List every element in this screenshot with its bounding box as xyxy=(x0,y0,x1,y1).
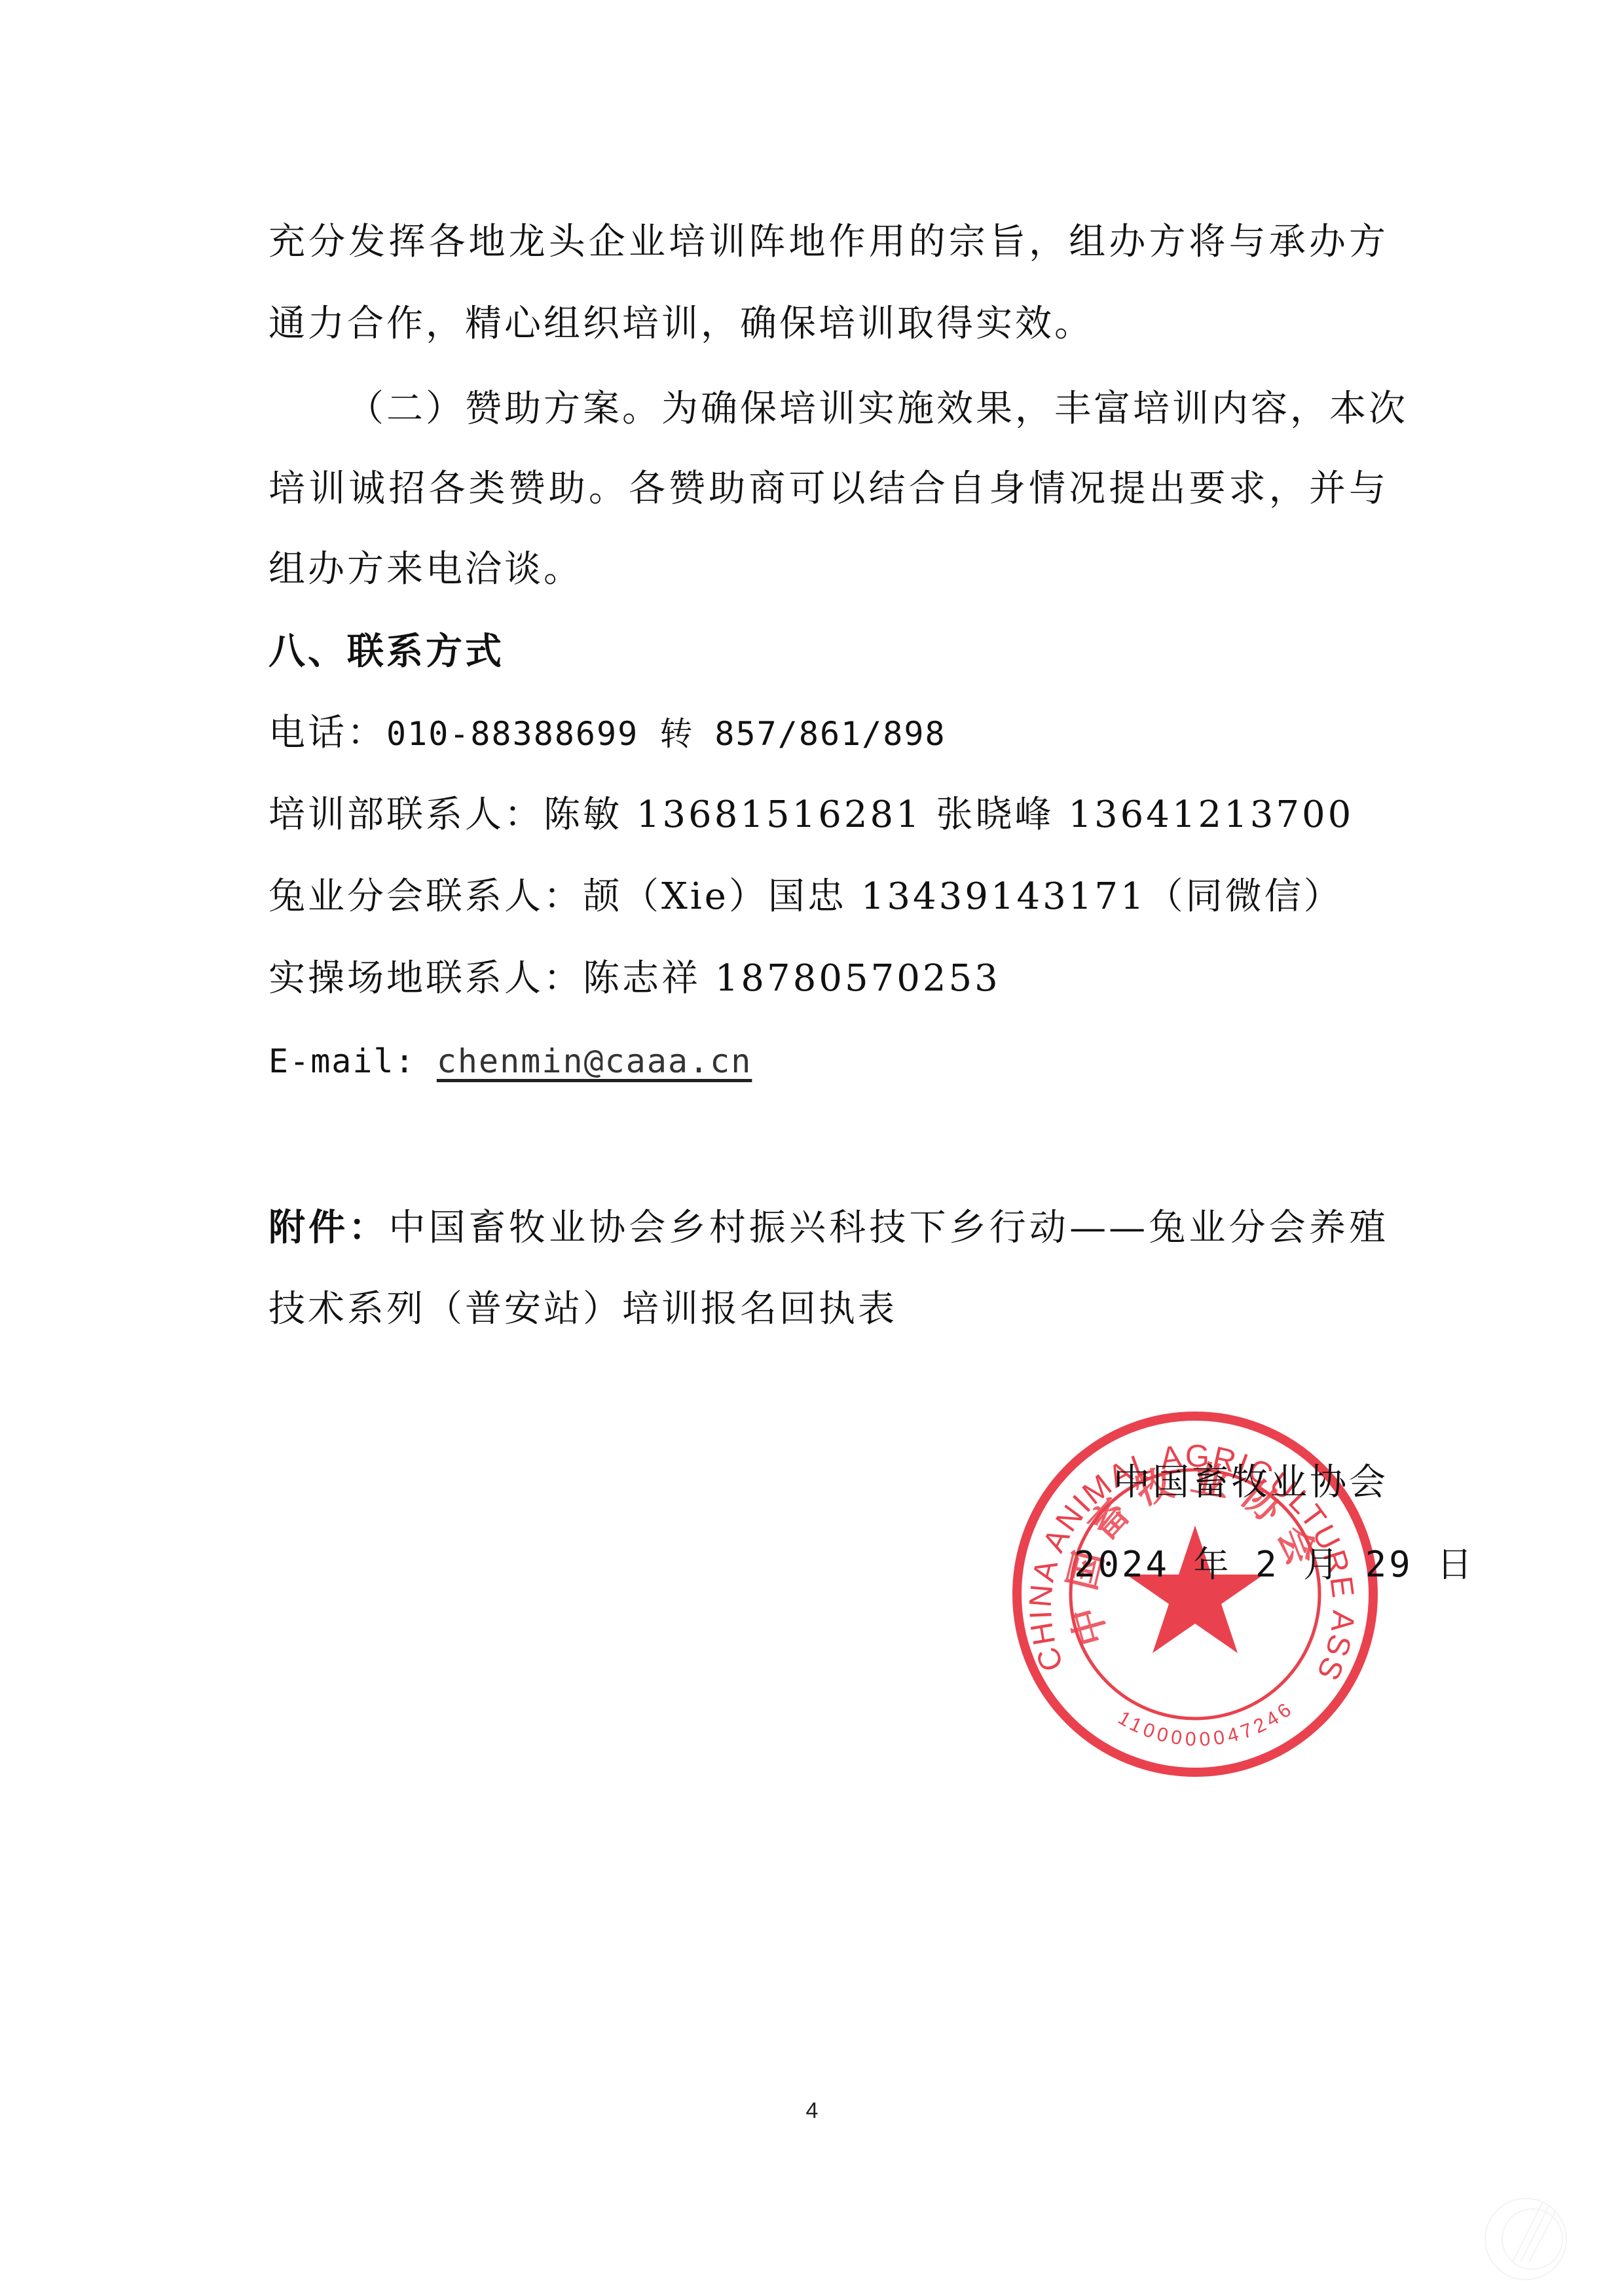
page-number: 4 xyxy=(0,2098,1624,2124)
paragraph-2-line-3: 组办方来电洽谈。 xyxy=(268,547,1388,592)
site-contact-value: 陈志祥 18780570253 xyxy=(583,957,1001,1000)
attachment-line-2: 技术系列（普安站）培训报名回执表 xyxy=(268,1286,1388,1332)
email-link[interactable]: chenmin@caaa.cn xyxy=(437,1042,752,1080)
contact-rabbit-branch: 兔业分会联系人：颉（Xie）国忠 13439143171（同微信） xyxy=(268,874,1388,920)
phone-label: 电话： xyxy=(268,712,386,754)
training-contact-value: 陈敏 13681516281 张晓峰 13641213700 xyxy=(544,793,1354,836)
email-label: E-mail: xyxy=(268,1042,437,1080)
rabbit-contact-value: 颉（Xie）国忠 13439143171（同微信） xyxy=(583,875,1343,918)
site-contact-label: 实操场地联系人： xyxy=(268,957,583,1000)
training-contact-label: 培训部联系人： xyxy=(268,793,544,836)
attachment-label: 附件： xyxy=(268,1206,388,1249)
watermark-logo-icon xyxy=(1480,2193,1572,2285)
contact-training-dept: 培训部联系人：陈敏 13681516281 张晓峰 13641213700 xyxy=(268,792,1388,838)
phone-value: 010-88388699 转 857/861/898 xyxy=(386,715,946,753)
contact-phone: 电话：010-88388699 转 857/861/898 xyxy=(268,710,1388,757)
paragraph-1-line-1: 充分发挥各地龙头企业培训阵地作用的宗旨，组办方将与承办方 xyxy=(268,219,1388,265)
document-page: 充分发挥各地龙头企业培训阵地作用的宗旨，组办方将与承办方 通力合作，精心组织培训… xyxy=(0,0,1624,2296)
contact-practice-site: 实操场地联系人：陈志祥 18780570253 xyxy=(268,956,1388,1002)
attachment-title-part-1: 中国畜牧业协会乡村振兴科技下乡行动——兔业分会养殖 xyxy=(388,1207,1388,1249)
rabbit-contact-label: 兔业分会联系人： xyxy=(268,875,583,918)
signature-date: 2024 年 2 月 29 日 xyxy=(1074,1542,1475,1588)
section-heading-contact: 八、联系方式 xyxy=(268,629,1388,674)
signature-organization: 中国畜牧业协会 xyxy=(1113,1460,1388,1506)
paragraph-2-line-2: 培训诚招各类赞助。各赞助商可以结合自身情况提出要求，并与 xyxy=(268,466,1388,512)
paragraph-2-line-1: （二）赞助方案。为确保培训实施效果，丰富培训内容，本次 xyxy=(268,386,1388,432)
paragraph-1-line-2: 通力合作，精心组织培训，确保培训取得实效。 xyxy=(268,301,1388,347)
contact-email: E-mail: chenmin@caaa.cn xyxy=(268,1038,1388,1084)
attachment-line-1: 附件：中国畜牧业协会乡村振兴科技下乡行动——兔业分会养殖 xyxy=(268,1205,1388,1251)
